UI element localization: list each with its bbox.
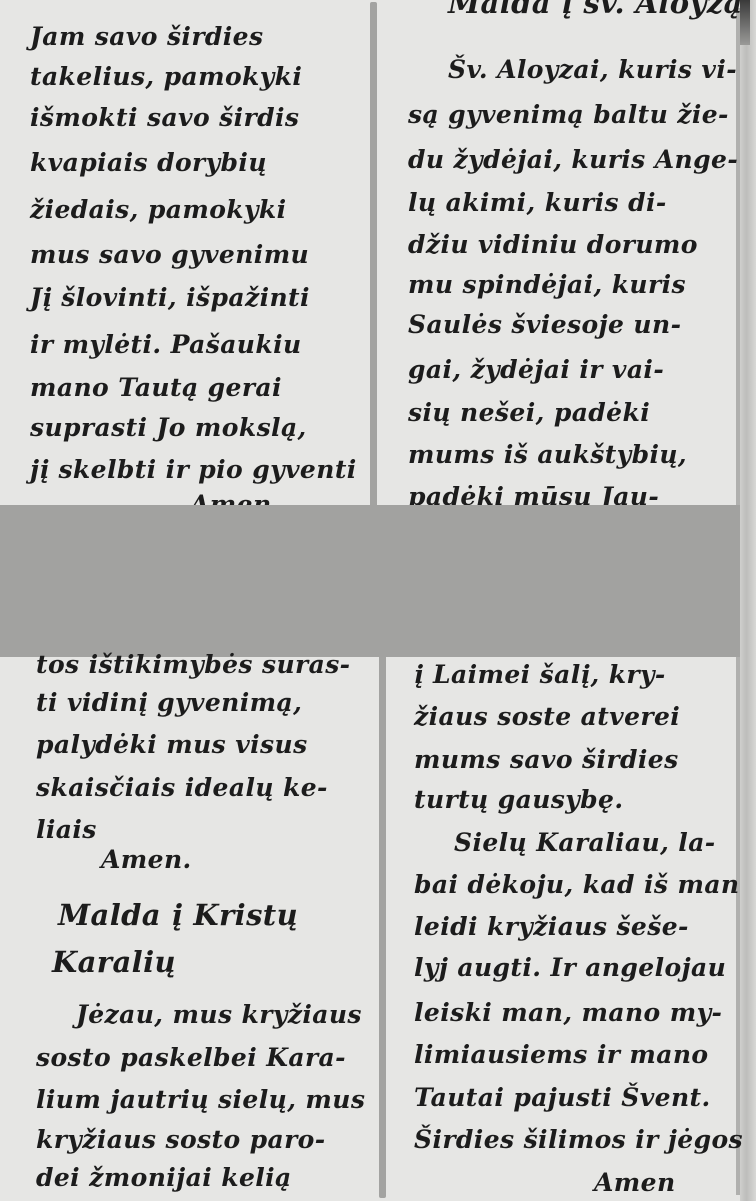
handwritten-line: ir mylėti. Pašaukiu xyxy=(30,330,302,360)
prayer-title: Malda į Kristų xyxy=(58,900,298,930)
handwritten-line: Sielų Karaliau, la- xyxy=(414,828,716,858)
handwritten-line: limiausiems ir mano xyxy=(414,1040,709,1070)
handwritten-line: lyj augti. Ir angelojau xyxy=(414,953,726,983)
handwritten-line: palydėki mus visus xyxy=(36,730,308,760)
handwritten-line: išmokti savo širdis xyxy=(30,103,299,133)
handwritten-line: ti vidinį gyvenimą, xyxy=(36,688,302,718)
handwritten-line: į Laimei šalį, kry- xyxy=(414,660,666,690)
handwritten-line: mus savo gyvenimu xyxy=(30,240,309,270)
handwritten-line: sių nešei, padėki xyxy=(408,398,650,428)
handwritten-line: žiaus soste atverei xyxy=(414,702,680,732)
handwritten-line: mums iš aukštybių, xyxy=(408,440,687,470)
column-divider-lower xyxy=(379,655,386,1198)
handwritten-line: lium jautrių sielų, mus xyxy=(36,1085,365,1115)
column-divider-upper xyxy=(370,2,377,507)
handwritten-line: leiski man, mano my- xyxy=(414,998,722,1028)
handwritten-line: gai, žydėjai ir vai- xyxy=(408,355,664,385)
handwritten-line: Jėzau, mus kryžiaus xyxy=(36,1000,362,1030)
handwritten-line: mums savo širdies xyxy=(414,745,679,775)
handwritten-line: lų akimi, kuris di- xyxy=(408,188,667,218)
handwritten-line: Jam savo širdies xyxy=(30,22,263,52)
handwritten-line: sosto paskelbei Kara- xyxy=(36,1043,346,1073)
handwritten-line: mu spindėjai, kuris xyxy=(408,270,686,300)
handwritten-line: Širdies šilimos ir jėgos xyxy=(414,1125,743,1155)
handwritten-line: leidi kryžiaus šeše- xyxy=(414,912,689,942)
handwritten-line: skaisčiais idealų ke- xyxy=(36,773,328,803)
handwritten-line: kvapiais dorybių xyxy=(30,148,267,178)
handwritten-line: Šv. Aloyzai, kuris vi- xyxy=(408,55,737,85)
handwritten-line: dei žmonijai kelią xyxy=(36,1163,292,1193)
handwritten-line: bai dėkoju, kad iš man xyxy=(414,870,740,900)
handwritten-line: Jį šlovinti, išpažinti xyxy=(30,283,310,313)
handwritten-line: žiedais, pamokyki xyxy=(30,195,287,225)
handwritten-line: są gyvenimą baltu žie- xyxy=(408,100,729,130)
right-margin-rule-lower xyxy=(736,655,740,1195)
handwritten-line: liais xyxy=(36,815,97,845)
handwritten-line: kryžiaus sosto paro- xyxy=(36,1125,326,1155)
handwritten-line: mano Tautą gerai xyxy=(30,373,282,403)
handwritten-line: tos ištikimybės suras- xyxy=(36,650,350,680)
handwritten-line: takelius, pamokyki xyxy=(30,62,302,92)
amen-line: Amen xyxy=(414,1168,676,1198)
handwritten-line: du žydėjai, kuris Ange- xyxy=(408,145,738,175)
prayer-title: Karalių xyxy=(52,947,176,977)
prayer-heading: Malda į šv. Aloyzą xyxy=(448,0,743,18)
redaction-band xyxy=(0,505,740,657)
amen-line: Amen. xyxy=(36,845,192,875)
handwritten-line: džiu vidiniu dorumo xyxy=(408,230,698,260)
paper-edge-shadow xyxy=(740,0,756,1201)
handwritten-line: Tautai pajusti Švent. xyxy=(414,1083,711,1113)
handwritten-line: jį skelbti ir pio gyventi xyxy=(30,455,357,485)
handwritten-line: suprasti Jo mokslą, xyxy=(30,413,307,443)
scanned-manuscript-page: Jam savo širdies takelius, pamokyki išmo… xyxy=(0,0,756,1201)
handwritten-line: turtų gausybę. xyxy=(414,785,623,815)
handwritten-line: Saulės šviesoje un- xyxy=(408,310,681,340)
